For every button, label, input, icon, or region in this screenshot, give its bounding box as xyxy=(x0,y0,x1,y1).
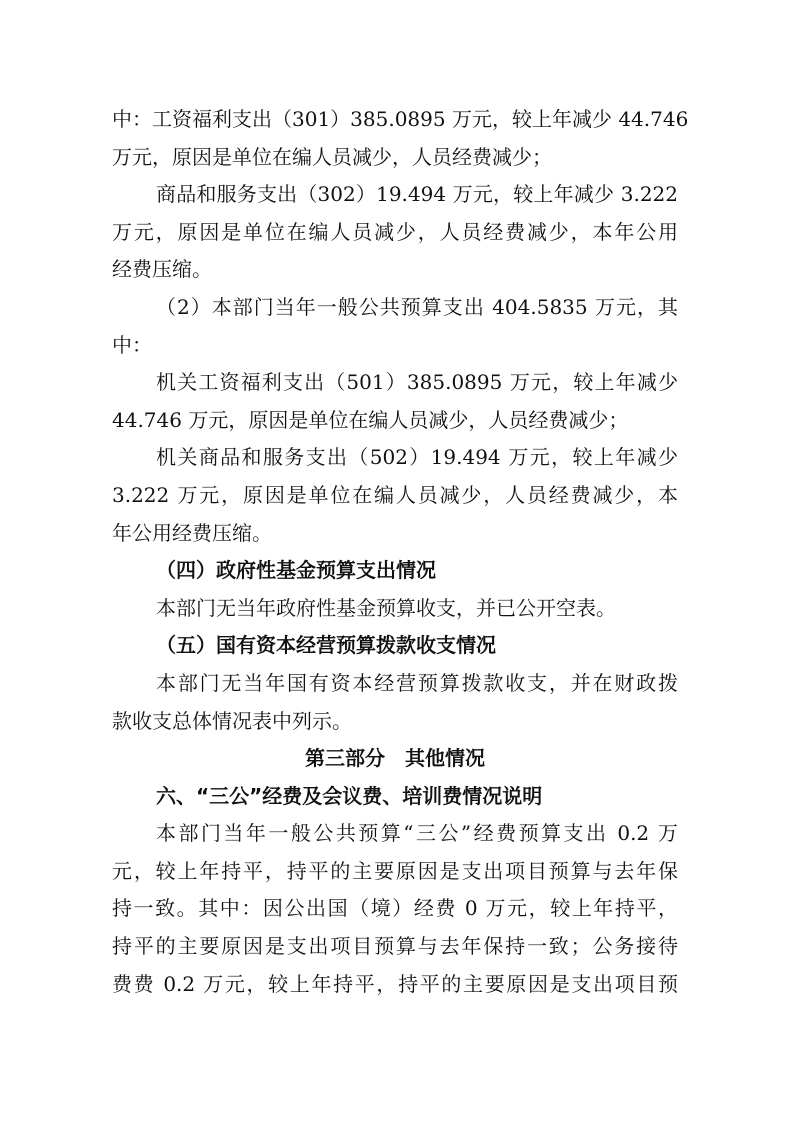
doc-line-16: 本部门无当年国有资本经营预算拨款收支，并在财政拨 xyxy=(112,665,678,703)
doc-line-14: 本部门无当年政府性基金预算收支，并已公开空表。 xyxy=(112,590,678,628)
doc-line-20: 本部门当年一般公共预算“三公”经费预算支出 0.2 万 xyxy=(112,815,678,853)
doc-line-22: 持一致。其中：因公出国（境）经费 0 万元，较上年持平， xyxy=(112,890,678,928)
heading-part-three: 第三部分 其他情况 xyxy=(112,740,678,778)
doc-line-21: 元，较上年持平，持平的主要原因是支出项目预算与去年保 xyxy=(112,853,678,891)
heading-gov-fund-budget: （四）政府性基金预算支出情况 xyxy=(112,552,678,590)
doc-line-3: 商品和服务支出（302）19.494 万元，较上年减少 3.222 xyxy=(112,176,678,214)
doc-line-11: 3.222 万元，原因是单位在编人员减少，人员经费减少，本 xyxy=(112,477,678,515)
doc-line-12: 年公用经费压缩。 xyxy=(112,515,678,553)
doc-line-9: 44.746 万元，原因是单位在编人员减少，人员经费减少； xyxy=(112,402,678,440)
heading-state-capital-budget: （五）国有资本经营预算拨款收支情况 xyxy=(112,627,678,665)
doc-line-24: 费费 0.2 万元，较上年持平，持平的主要原因是支出项目预 xyxy=(112,966,678,1004)
doc-line-23: 持平的主要原因是支出项目预算与去年保持一致；公务接待 xyxy=(112,928,678,966)
doc-line-1: 中：工资福利支出（301）385.0895 万元，较上年减少 44.746 xyxy=(112,101,678,139)
doc-line-8: 机关工资福利支出（501）385.0895 万元，较上年减少 xyxy=(112,364,678,402)
doc-line-6: （2）本部门当年一般公共预算支出 404.5835 万元，其 xyxy=(112,289,678,327)
document-page: 中：工资福利支出（301）385.0895 万元，较上年减少 44.746 万元… xyxy=(0,0,793,1122)
doc-line-2: 万元，原因是单位在编人员减少，人员经费减少； xyxy=(112,139,678,177)
doc-line-4: 万元，原因是单位在编人员减少，人员经费减少，本年公用 xyxy=(112,214,678,252)
heading-three-public-funds: 六、“三公”经费及会议费、培训费情况说明 xyxy=(112,778,678,816)
doc-line-5: 经费压缩。 xyxy=(112,251,678,289)
doc-line-17: 款收支总体情况表中列示。 xyxy=(112,703,678,741)
doc-line-10: 机关商品和服务支出（502）19.494 万元，较上年减少 xyxy=(112,439,678,477)
document-text-block: 中：工资福利支出（301）385.0895 万元，较上年减少 44.746 万元… xyxy=(112,101,678,1003)
doc-line-7: 中： xyxy=(112,327,678,365)
